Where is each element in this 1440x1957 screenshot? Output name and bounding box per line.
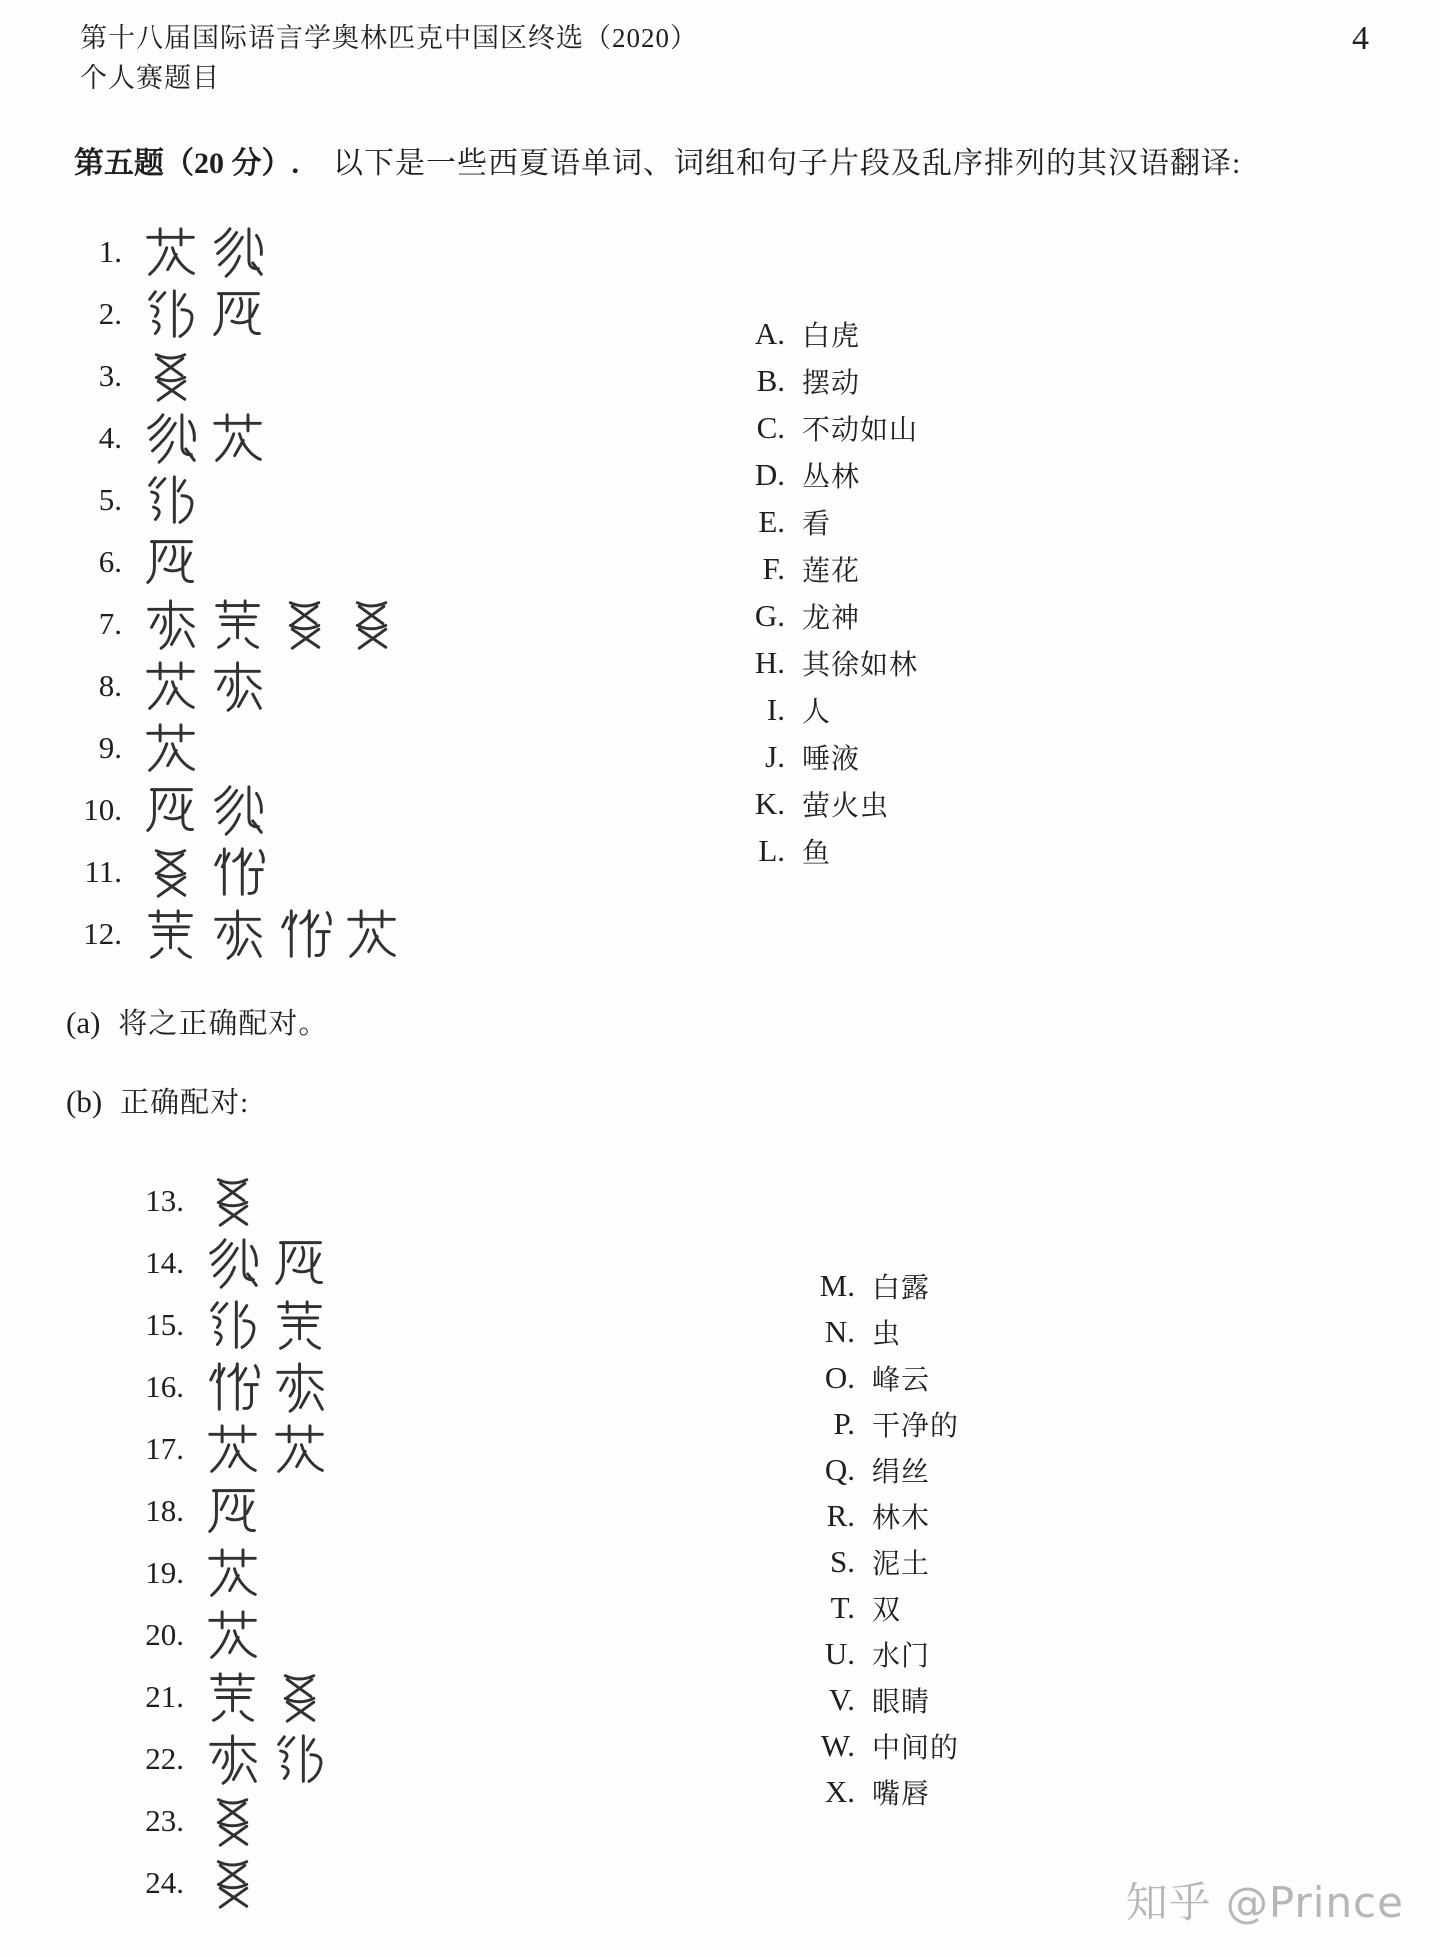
tangut-glyph	[273, 1298, 328, 1353]
tangut-glyph	[206, 1856, 261, 1911]
tangut-glyph	[206, 1422, 261, 1477]
tangut-glyph	[206, 1732, 261, 1787]
tangut-glyph	[206, 1236, 261, 1291]
option-letter: N.	[760, 1314, 855, 1350]
option-letter: L.	[700, 833, 785, 869]
translation-item: T.双	[760, 1585, 959, 1631]
option-letter: X.	[760, 1774, 855, 1810]
tangut-glyph	[144, 349, 199, 404]
tangut-word	[144, 597, 400, 652]
tangut-glyph	[278, 597, 333, 652]
subquestion-b-label: (b)	[66, 1084, 102, 1119]
item-number: 20.	[102, 1617, 184, 1653]
translation-item: K.萤火虫	[700, 780, 918, 827]
translation-item: C.不动如山	[700, 404, 918, 451]
tangut-glyph	[144, 659, 199, 714]
tangut-glyph	[144, 721, 199, 776]
tangut-item: 11.	[40, 841, 400, 903]
option-letter: T.	[760, 1590, 855, 1626]
translation-item: N.虫	[760, 1309, 959, 1355]
translation-item: U.水门	[760, 1631, 959, 1677]
tangut-item: 16.	[102, 1356, 328, 1418]
option-letter: O.	[760, 1360, 855, 1396]
option-letter: A.	[700, 316, 785, 352]
tangut-word	[144, 473, 199, 528]
translation-text: 虫	[872, 1312, 901, 1352]
tangut-glyph	[211, 659, 266, 714]
item-number: 22.	[102, 1741, 184, 1777]
tangut-item: 12.	[40, 903, 400, 965]
tangut-glyph	[144, 907, 199, 962]
tangut-word	[206, 1670, 328, 1725]
tangut-item: 2.	[40, 283, 400, 345]
tangut-item: 8.	[40, 655, 400, 717]
tangut-word	[206, 1732, 328, 1787]
zhihu-watermark: 知乎 @Prince	[1126, 1870, 1404, 1930]
tangut-word	[206, 1856, 261, 1911]
translation-item: M.白露	[760, 1263, 959, 1309]
tangut-item: 19.	[102, 1542, 328, 1604]
translation-text: 看	[802, 502, 831, 542]
subquestion-a-label: (a)	[66, 1005, 100, 1040]
item-number: 12.	[40, 916, 122, 952]
tangut-word	[206, 1546, 261, 1601]
tangut-word	[206, 1608, 261, 1663]
translation-text: 唾液	[802, 737, 860, 777]
option-letter: U.	[760, 1636, 855, 1672]
tangut-glyph	[144, 783, 199, 838]
option-letter: V.	[760, 1682, 855, 1718]
tangut-word-list-13-24: 13.14.15.16.17.18.19.20.21.22.23.24.	[102, 1170, 328, 1914]
tangut-glyph	[211, 597, 266, 652]
translation-text: 白虎	[802, 314, 860, 354]
tangut-item: 18.	[102, 1480, 328, 1542]
item-number: 11.	[40, 854, 122, 890]
tangut-glyph	[206, 1670, 261, 1725]
tangut-item: 9.	[40, 717, 400, 779]
option-letter: D.	[700, 457, 785, 493]
translation-item: W.中间的	[760, 1723, 959, 1769]
option-letter: R.	[760, 1498, 855, 1534]
tangut-item: 5.	[40, 469, 400, 531]
translation-item: J.唾液	[700, 733, 918, 780]
item-number: 19.	[102, 1555, 184, 1591]
problem-title: 第五题（20 分）.以下是一些西夏语单词、词组和句子片段及乱序排列的其汉语翻译:	[74, 138, 1241, 182]
translation-text: 其徐如林	[802, 643, 918, 683]
tangut-word	[144, 907, 400, 962]
tangut-glyph	[211, 907, 266, 962]
translation-item: D.丛林	[700, 451, 918, 498]
item-number: 1.	[40, 234, 122, 270]
tangut-glyph	[211, 845, 266, 900]
option-letter: E.	[700, 504, 785, 540]
item-number: 17.	[102, 1431, 184, 1467]
item-number: 18.	[102, 1493, 184, 1529]
item-number: 9.	[40, 730, 122, 766]
tangut-word	[206, 1794, 261, 1849]
option-letter: G.	[700, 598, 785, 634]
translation-text: 萤火虫	[802, 784, 889, 824]
subquestion-a-text: 将之正确配对。	[118, 1008, 328, 1040]
tangut-glyph	[211, 411, 266, 466]
tangut-word	[144, 287, 266, 342]
item-number: 15.	[102, 1307, 184, 1343]
translation-text: 嘴唇	[872, 1772, 930, 1812]
translation-text: 中间的	[872, 1726, 959, 1766]
tangut-glyph	[206, 1360, 261, 1415]
item-number: 3.	[40, 358, 122, 394]
tangut-glyph	[273, 1236, 328, 1291]
tangut-word	[206, 1422, 328, 1477]
translation-text: 双	[872, 1588, 901, 1628]
subquestion-b-text: 正确配对:	[120, 1087, 249, 1119]
translation-item: O.峰云	[760, 1355, 959, 1401]
translation-text: 水门	[872, 1634, 930, 1674]
translation-item: G.龙神	[700, 592, 918, 639]
translation-item: E.看	[700, 498, 918, 545]
translation-item: A.白虎	[700, 310, 918, 357]
tangut-glyph	[144, 597, 199, 652]
translation-text: 人	[802, 690, 831, 730]
option-letter: J.	[700, 739, 785, 775]
translation-text: 干净的	[872, 1404, 959, 1444]
tangut-item: 15.	[102, 1294, 328, 1356]
tangut-word	[144, 411, 266, 466]
option-letter: K.	[700, 786, 785, 822]
tangut-word	[144, 225, 266, 280]
translation-text: 眼睛	[872, 1680, 930, 1720]
tangut-word	[206, 1174, 261, 1229]
tangut-word	[144, 783, 266, 838]
tangut-word	[144, 535, 199, 590]
subquestion-b: (b)正确配对:	[66, 1080, 249, 1121]
option-letter: S.	[760, 1544, 855, 1580]
tangut-item: 21.	[102, 1666, 328, 1728]
tangut-word	[206, 1484, 261, 1539]
tangut-word	[206, 1236, 328, 1291]
tangut-glyph	[211, 225, 266, 280]
tangut-glyph	[273, 1670, 328, 1725]
translation-text: 林木	[872, 1496, 930, 1536]
option-letter: Q.	[760, 1452, 855, 1488]
item-number: 5.	[40, 482, 122, 518]
problem-number-label: 第五题（20 分）.	[74, 147, 299, 180]
tangut-glyph	[273, 1732, 328, 1787]
translation-text: 泥土	[872, 1542, 930, 1582]
translation-item: V.眼睛	[760, 1677, 959, 1723]
item-number: 21.	[102, 1679, 184, 1715]
tangut-item: 22.	[102, 1728, 328, 1790]
option-letter: H.	[700, 645, 785, 681]
translation-item: H.其徐如林	[700, 639, 918, 686]
tangut-item: 24.	[102, 1852, 328, 1914]
tangut-item: 20.	[102, 1604, 328, 1666]
translation-text: 白露	[872, 1266, 930, 1306]
translation-item: R.林木	[760, 1493, 959, 1539]
subquestion-a: (a)将之正确配对。	[66, 1001, 328, 1042]
translation-list-a-l: A.白虎B.摆动C.不动如山D.丛林E.看F.莲花G.龙神H.其徐如林I.人J.…	[700, 310, 918, 874]
tangut-glyph	[206, 1484, 261, 1539]
tangut-glyph	[144, 225, 199, 280]
option-letter: W.	[760, 1728, 855, 1764]
page-number: 4	[1352, 20, 1369, 58]
item-number: 16.	[102, 1369, 184, 1405]
tangut-item: 23.	[102, 1790, 328, 1852]
tangut-word	[206, 1360, 328, 1415]
tangut-glyph	[278, 907, 333, 962]
item-number: 6.	[40, 544, 122, 580]
exam-page: 第十八届国际语言学奥林匹克中国区终选（2020） 个人赛题目 4 第五题（20 …	[0, 0, 1440, 1957]
tangut-item: 17.	[102, 1418, 328, 1480]
tangut-glyph	[273, 1422, 328, 1477]
item-number: 4.	[40, 420, 122, 456]
tangut-item: 10.	[40, 779, 400, 841]
tangut-glyph	[211, 287, 266, 342]
tangut-word	[144, 659, 266, 714]
item-number: 23.	[102, 1803, 184, 1839]
translation-item: S.泥土	[760, 1539, 959, 1585]
tangut-item: 14.	[102, 1232, 328, 1294]
tangut-glyph	[144, 473, 199, 528]
tangut-glyph	[345, 597, 400, 652]
translation-item: F.莲花	[700, 545, 918, 592]
tangut-glyph	[345, 907, 400, 962]
tangut-word-list-1-12: 1.2.3.4.5.6.7.8.9.10.11.12.	[40, 221, 400, 965]
item-number: 14.	[102, 1245, 184, 1281]
tangut-word	[144, 349, 199, 404]
translation-item: P.干净的	[760, 1401, 959, 1447]
option-letter: I.	[700, 692, 785, 728]
tangut-item: 7.	[40, 593, 400, 655]
translation-text: 鱼	[802, 831, 831, 871]
problem-prompt: 以下是一些西夏语单词、词组和句子片段及乱序排列的其汉语翻译:	[333, 147, 1241, 180]
tangut-word	[206, 1298, 328, 1353]
translation-text: 峰云	[872, 1358, 930, 1398]
tangut-item: 6.	[40, 531, 400, 593]
option-letter: C.	[700, 410, 785, 446]
option-letter: M.	[760, 1268, 855, 1304]
tangut-glyph	[144, 845, 199, 900]
item-number: 13.	[102, 1183, 184, 1219]
tangut-word	[144, 721, 199, 776]
tangut-glyph	[144, 535, 199, 590]
tangut-glyph	[206, 1794, 261, 1849]
tangut-item: 4.	[40, 407, 400, 469]
option-letter: P.	[760, 1406, 855, 1442]
header-competition-title: 第十八届国际语言学奥林匹克中国区终选（2020）	[80, 16, 698, 55]
translation-item: X.嘴唇	[760, 1769, 959, 1815]
item-number: 10.	[40, 792, 122, 828]
item-number: 24.	[102, 1865, 184, 1901]
translation-text: 绢丝	[872, 1450, 930, 1490]
translation-text: 不动如山	[802, 408, 918, 448]
tangut-item: 1.	[40, 221, 400, 283]
option-letter: F.	[700, 551, 785, 587]
tangut-glyph	[206, 1298, 261, 1353]
item-number: 8.	[40, 668, 122, 704]
translation-item: L.鱼	[700, 827, 918, 874]
tangut-glyph	[206, 1174, 261, 1229]
header-section-title: 个人赛题目	[80, 56, 220, 95]
tangut-glyph	[206, 1546, 261, 1601]
translation-text: 丛林	[802, 455, 860, 495]
tangut-glyph	[144, 287, 199, 342]
tangut-glyph	[273, 1360, 328, 1415]
item-number: 2.	[40, 296, 122, 332]
tangut-item: 13.	[102, 1170, 328, 1232]
tangut-glyph	[144, 411, 199, 466]
translation-item: I.人	[700, 686, 918, 733]
tangut-glyph	[211, 783, 266, 838]
item-number: 7.	[40, 606, 122, 642]
translation-text: 龙神	[802, 596, 860, 636]
translation-item: B.摆动	[700, 357, 918, 404]
tangut-word	[144, 845, 266, 900]
tangut-item: 3.	[40, 345, 400, 407]
translation-text: 莲花	[802, 549, 860, 589]
translation-item: Q.绢丝	[760, 1447, 959, 1493]
translation-list-m-x: M.白露N.虫O.峰云P.干净的Q.绢丝R.林木S.泥土T.双U.水门V.眼睛W…	[760, 1263, 959, 1815]
tangut-glyph	[206, 1608, 261, 1663]
translation-text: 摆动	[802, 361, 860, 401]
option-letter: B.	[700, 363, 785, 399]
